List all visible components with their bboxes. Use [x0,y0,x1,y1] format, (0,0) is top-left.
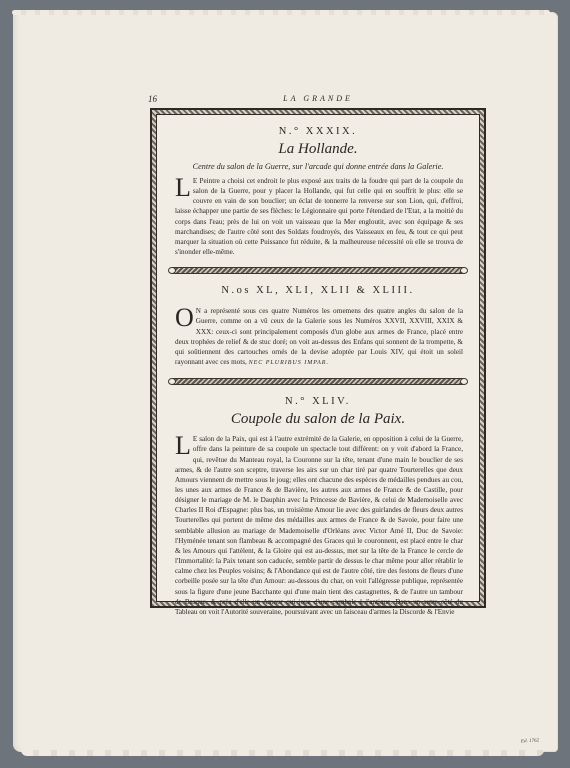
section-title: La Hollande. [169,140,467,158]
text-block: N.° XXXIX. La Hollande. Centre du salon … [156,114,480,602]
body-text: N a représenté sous ces quatre Numéros l… [175,307,463,366]
drop-cap: L [175,178,191,198]
section-xxxix: N.° XXXIX. La Hollande. Centre du salon … [169,125,467,257]
section-body: LE Peintre a choisi cet endroit le plus … [169,176,467,257]
ornamental-frame: N.° XXXIX. La Hollande. Centre du salon … [150,108,486,608]
body-text: E salon de la Paix, qui est à l'autre ex… [175,435,463,616]
running-head-title: LA GRANDE [148,94,488,103]
section-number: N.os XL, XLI, XLII & XLIII. [169,284,467,298]
section-subtitle: Centre du salon de la Guerre, sur l'arca… [169,161,467,172]
section-number: N.° XXXIX. [169,125,467,139]
section-number: N.° XLIV. [169,395,467,409]
drop-cap: L [175,436,191,456]
section-xl-xliii: N.os XL, XLI, XLII & XLIII. ON a représe… [169,284,467,368]
ornamental-divider [171,267,465,274]
ornamental-divider [171,378,465,385]
section-title: Coupole du salon de la Paix. [169,410,467,428]
section-body: ON a représenté sous ces quatre Numéros … [169,306,467,368]
section-body: LE salon de la Paix, qui est à l'autre e… [169,434,467,617]
motto: NEC PLURIBUS IMPAR. [249,360,329,366]
section-xliv: N.° XLIV. Coupole du salon de la Paix. L… [169,395,467,617]
handwritten-annotation: Ed. 1762 [521,739,539,745]
running-head: 16 LA GRANDE [148,94,488,106]
body-text: E Peintre a choisi cet endroit le plus e… [175,177,463,256]
drop-cap: O [175,308,194,328]
